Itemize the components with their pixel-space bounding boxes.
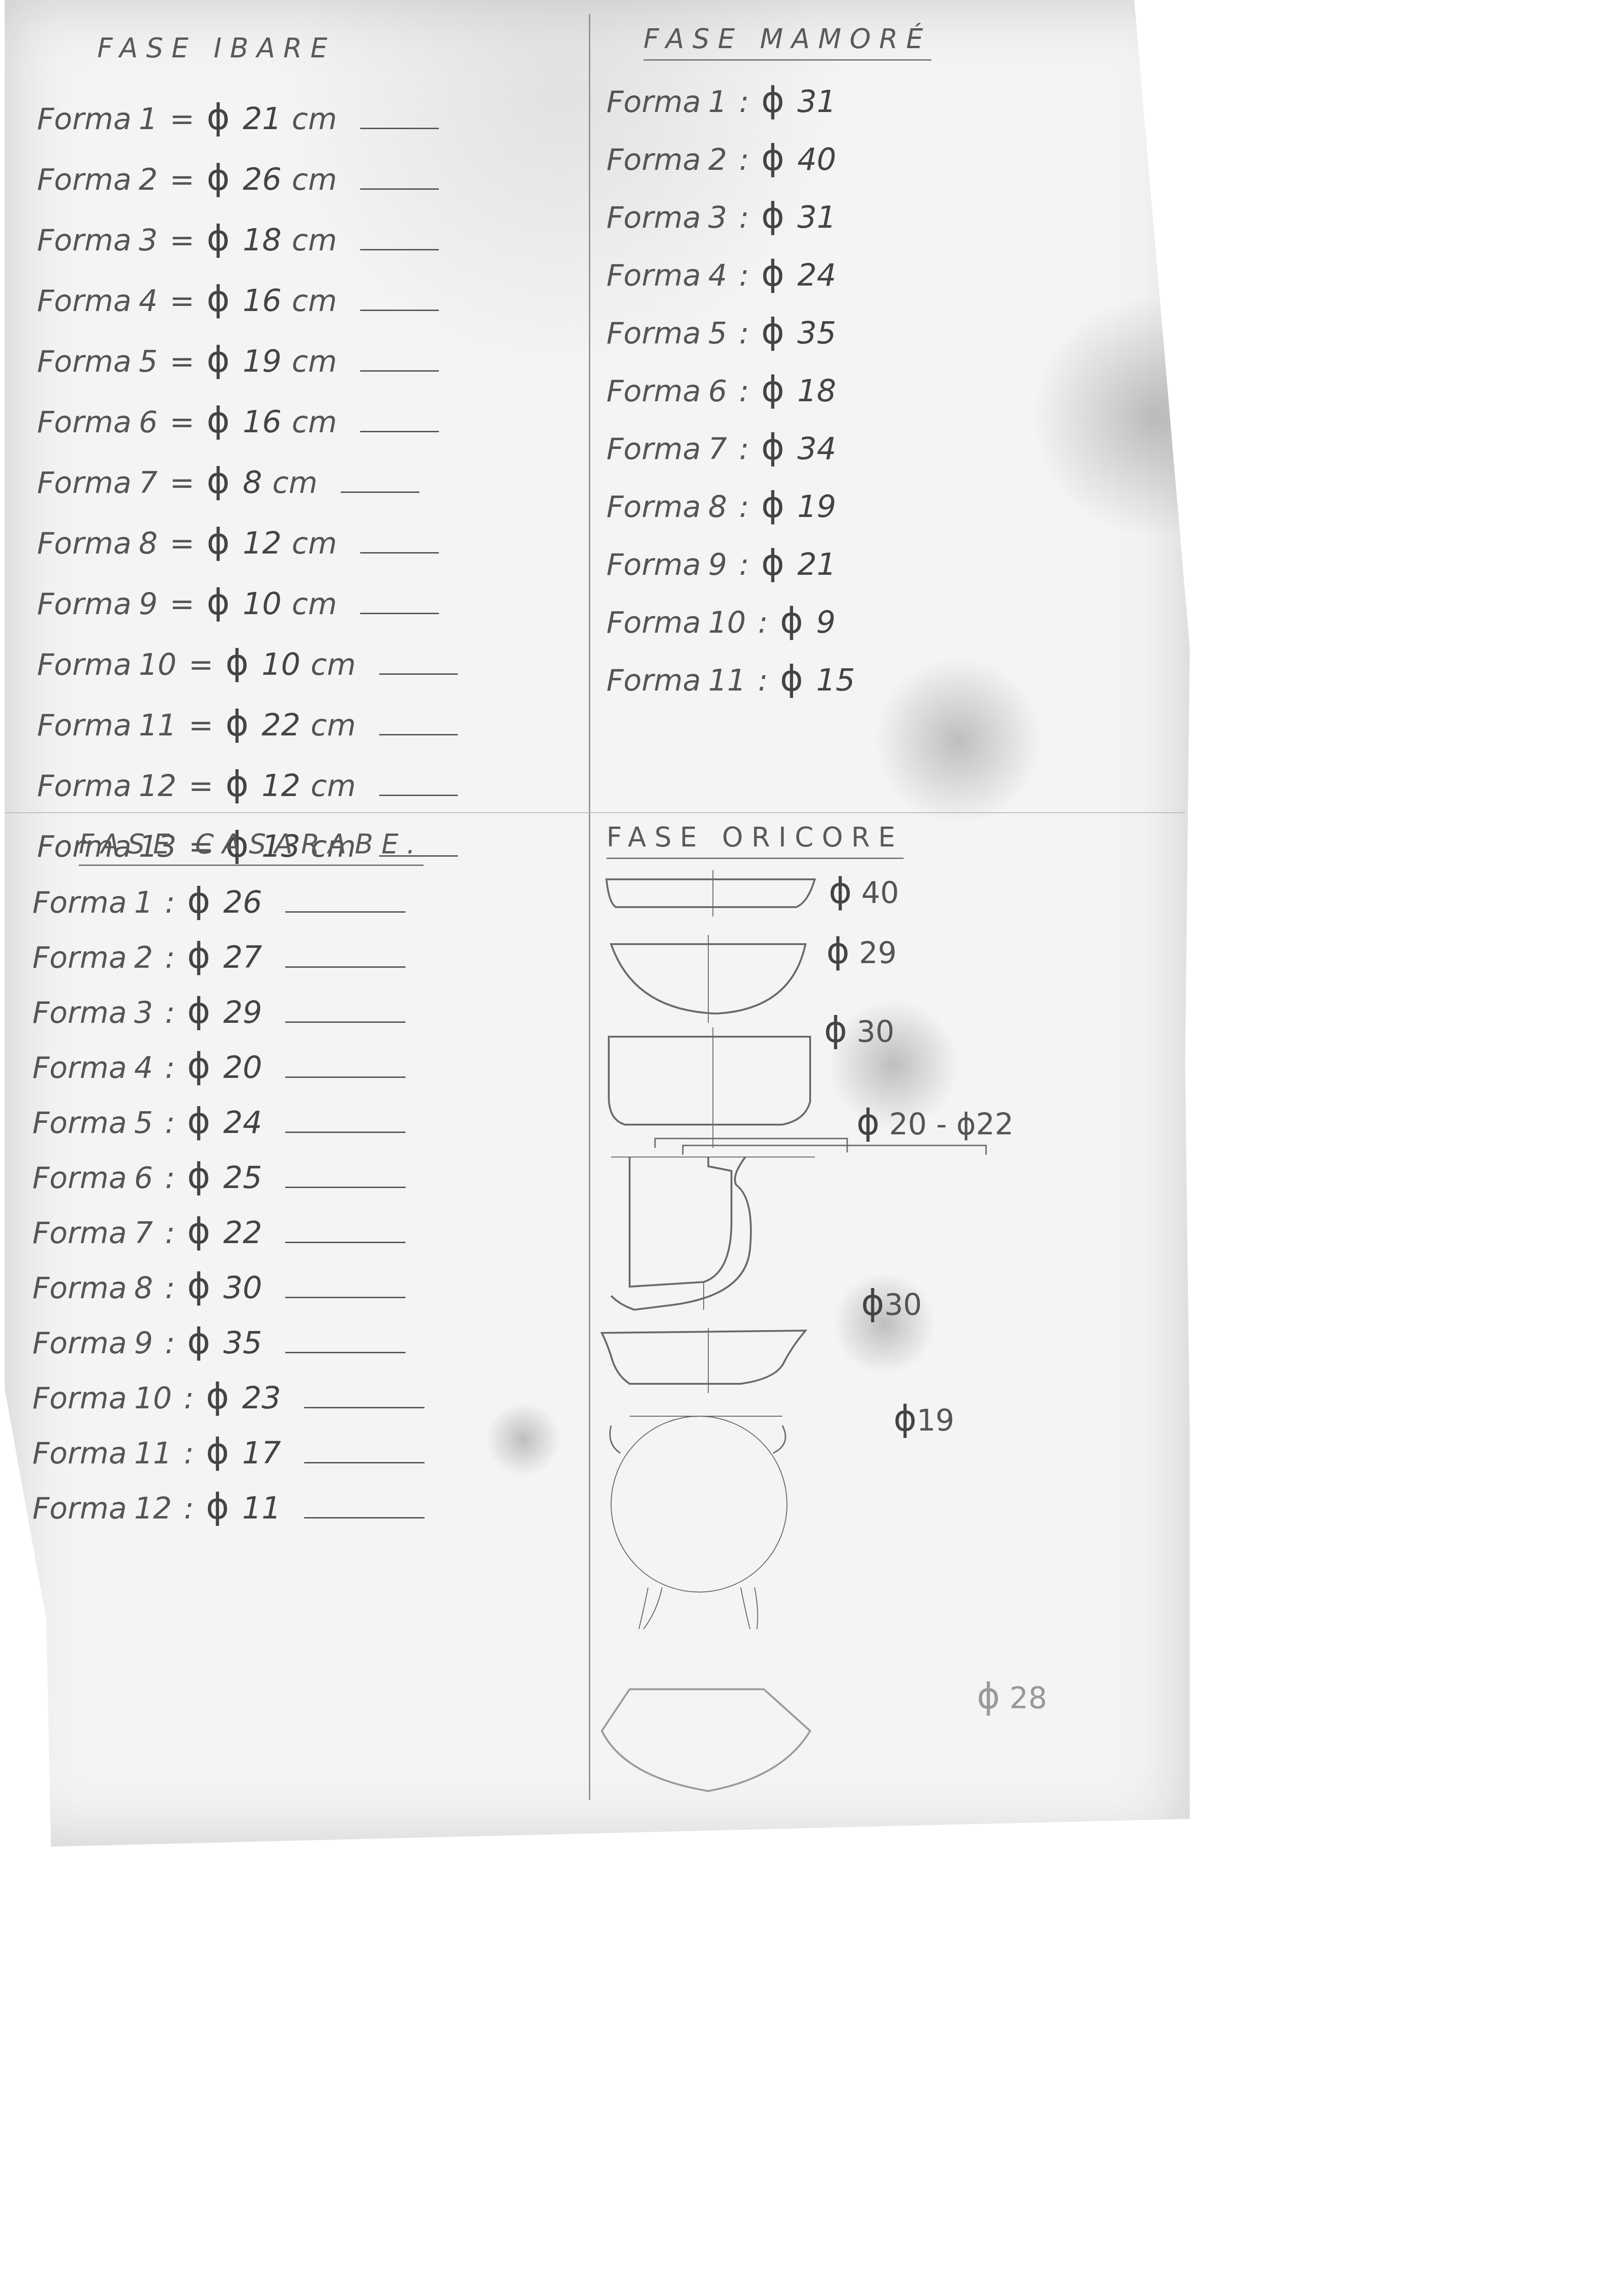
section-oricore: FASE ORICORE — [606, 821, 904, 859]
diameter-symbol: ϕ — [206, 1486, 229, 1527]
blank-line — [285, 966, 406, 968]
separator: : — [184, 1381, 194, 1416]
diameter-symbol: ϕ — [225, 763, 249, 804]
forma-row: Forma10=ϕ10cm — [37, 642, 458, 683]
separator: : — [165, 886, 175, 920]
diameter-value: 35 — [797, 315, 836, 351]
unit-label: cm — [292, 224, 337, 258]
forma-row: Forma8=ϕ12cm — [37, 521, 458, 562]
forma-row: Forma6=ϕ16cm — [37, 399, 458, 441]
forma-label: Forma — [606, 374, 701, 409]
separator: : — [739, 201, 750, 235]
diameter-value: 26 — [243, 162, 281, 197]
diameter-value: 19 — [797, 489, 836, 524]
separator: = — [170, 405, 195, 440]
blank-line — [285, 1296, 406, 1298]
diameter-value: 24 — [797, 257, 836, 293]
diameter-value: 22 — [223, 1215, 262, 1251]
forma-row: Forma6:ϕ18 — [606, 368, 931, 410]
forma-number: 5 — [134, 1106, 153, 1140]
section-ibare: FASE IBARE Forma1=ϕ21cmForma2=ϕ26cmForma… — [37, 32, 458, 884]
forma-row: Forma2:ϕ27 — [32, 935, 425, 976]
separator: = — [170, 224, 195, 258]
forma-number: 3 — [708, 201, 727, 235]
separator: = — [170, 345, 195, 379]
diameter-value: 30 — [223, 1270, 262, 1306]
diameter-value: 17 — [242, 1435, 281, 1471]
forma-number: 2 — [134, 941, 153, 975]
forma-row: Forma8:ϕ30 — [32, 1265, 425, 1307]
diameter-symbol: ϕ — [761, 311, 784, 352]
separator: = — [170, 163, 195, 197]
diameter-symbol: ϕ — [761, 542, 784, 583]
forma-row: Forma5:ϕ24 — [32, 1100, 425, 1141]
forma-row: Forma11=ϕ22cm — [37, 703, 458, 744]
forma-row: Forma4=ϕ16cm — [37, 278, 458, 319]
diameter-symbol: ϕ — [206, 521, 230, 562]
separator: : — [165, 1326, 175, 1361]
diameter-symbol: ϕ — [206, 96, 230, 137]
forma-label: Forma — [37, 527, 131, 561]
tripod-vessel-drawing — [610, 1416, 787, 1629]
forma-label: Forma — [606, 259, 701, 293]
diameter-symbol: ϕ — [206, 339, 230, 380]
forma-row: Forma3=ϕ18cm — [37, 218, 458, 259]
forma-number: 8 — [139, 527, 158, 561]
diameter-value: 11 — [242, 1490, 281, 1526]
separator: : — [739, 317, 750, 351]
blank-line — [285, 1131, 406, 1133]
forma-label: Forma — [606, 664, 701, 698]
separator: = — [170, 284, 195, 318]
forma-number: 6 — [139, 405, 158, 440]
diameter-symbol: ϕ — [761, 79, 784, 120]
forma-row: Forma9:ϕ35 — [32, 1320, 425, 1362]
blank-line — [360, 309, 439, 311]
blank-line — [360, 249, 439, 250]
blank-line — [360, 188, 439, 190]
forma-row: Forma5=ϕ19cm — [37, 339, 458, 380]
unit-label: cm — [311, 709, 356, 743]
restricted-jar-drawing — [611, 1139, 986, 1310]
unit-label: cm — [311, 648, 356, 682]
forma-row: Forma7=ϕ8cm — [37, 460, 458, 501]
unit-label: cm — [292, 163, 337, 197]
forma-list: Forma1:ϕ31Forma2:ϕ40Forma3:ϕ31Forma4:ϕ24… — [606, 79, 931, 699]
forma-number: 1 — [139, 102, 158, 137]
diameter-symbol: ϕ — [187, 1155, 210, 1196]
diameter-value: 34 — [797, 431, 836, 467]
separator: : — [165, 1106, 175, 1140]
diameter-symbol: ϕ — [187, 1265, 210, 1307]
vessel-diameter-label: ϕ 30 — [824, 1009, 894, 1050]
unit-label: cm — [292, 345, 337, 379]
forma-number: 2 — [708, 143, 727, 177]
forma-label: Forma — [32, 886, 127, 920]
section-title: FASE MAMORÉ — [643, 23, 931, 61]
forma-number: 10 — [134, 1381, 172, 1416]
forma-label: Forma — [606, 490, 701, 524]
diameter-value: 24 — [223, 1105, 262, 1140]
section-casarabe: FASE CASARABE. Forma1:ϕ26Forma2:ϕ27Forma… — [32, 828, 425, 1541]
forma-label: Forma — [32, 1216, 127, 1251]
diameter-value: 9 — [816, 604, 836, 640]
separator: : — [739, 85, 750, 119]
separator: : — [165, 1216, 175, 1251]
separator: = — [188, 769, 213, 803]
forma-number: 12 — [139, 769, 176, 803]
forma-row: Forma7:ϕ34 — [606, 426, 931, 467]
forma-row: Forma10:ϕ23 — [32, 1375, 425, 1417]
blank-line — [285, 1241, 406, 1243]
diameter-symbol: ϕ — [206, 1375, 229, 1417]
forma-number: 5 — [139, 345, 158, 379]
forma-row: Forma1:ϕ31 — [606, 79, 931, 120]
forma-label: Forma — [606, 317, 701, 351]
vessel-diameter-label: ϕ 28 — [977, 1675, 1047, 1717]
vessel-diameter-label: ϕ30 — [861, 1282, 922, 1323]
forma-label: Forma — [32, 1271, 127, 1306]
separator: : — [165, 941, 175, 975]
forma-number: 4 — [139, 284, 158, 318]
diameter-value: 21 — [243, 101, 281, 137]
forma-row: Forma4:ϕ24 — [606, 253, 931, 294]
diameter-symbol: ϕ — [225, 703, 249, 744]
forma-number: 11 — [139, 709, 176, 743]
forma-label: Forma — [37, 224, 131, 258]
forma-label: Forma — [606, 432, 701, 467]
diameter-symbol: ϕ — [206, 278, 230, 319]
forma-number: 6 — [134, 1161, 153, 1195]
unit-label: cm — [311, 769, 356, 803]
diameter-value: 21 — [797, 547, 836, 582]
separator: : — [739, 548, 750, 582]
blank-line — [360, 127, 439, 129]
hemispherical-bowl-drawing — [611, 935, 806, 1023]
straight-wall-bowl-drawing — [609, 1027, 810, 1148]
vessel-diameter-label: ϕ 20 - ϕ22 — [856, 1101, 1013, 1143]
forma-number: 3 — [139, 224, 158, 258]
blank-line — [304, 1462, 425, 1463]
blank-line — [285, 911, 406, 913]
blank-line — [304, 1406, 425, 1408]
vessel-diameter-label: ϕ 29 — [826, 930, 897, 971]
forma-row: Forma1=ϕ21cm — [37, 96, 458, 137]
forma-row: Forma10:ϕ9 — [606, 600, 931, 641]
diameter-symbol: ϕ — [206, 399, 230, 441]
diameter-value: 18 — [243, 222, 281, 258]
forma-number: 5 — [708, 317, 727, 351]
blank-line — [285, 1186, 406, 1188]
forma-label: Forma — [37, 163, 131, 197]
forma-number: 10 — [708, 606, 746, 640]
diameter-symbol: ϕ — [187, 990, 210, 1031]
diameter-symbol: ϕ — [761, 426, 784, 467]
carinated-bowl-drawing — [602, 1689, 810, 1791]
diameter-value: 16 — [243, 283, 281, 318]
forma-number: 7 — [134, 1216, 153, 1251]
forma-number: 4 — [134, 1051, 153, 1085]
blank-line — [285, 1076, 406, 1078]
forma-label: Forma — [32, 1161, 127, 1195]
diameter-symbol: ϕ — [206, 581, 230, 622]
forma-label: Forma — [37, 284, 131, 318]
diameter-value: 31 — [797, 84, 836, 119]
forma-list: Forma1:ϕ26Forma2:ϕ27Forma3:ϕ29Forma4:ϕ20… — [32, 880, 425, 1527]
forma-label: Forma — [606, 606, 701, 640]
vessel-diameter-label: ϕ19 — [893, 1398, 955, 1439]
diameter-value: 25 — [223, 1160, 262, 1195]
unit-label: cm — [292, 405, 337, 440]
unit-label: cm — [292, 527, 337, 561]
diameter-symbol: ϕ — [761, 484, 784, 525]
forma-row: Forma6:ϕ25 — [32, 1155, 425, 1196]
diameter-value: 10 — [243, 586, 281, 622]
vessel-diameter-label: ϕ 40 — [829, 870, 899, 911]
diameter-symbol: ϕ — [761, 368, 784, 410]
diameter-value: 16 — [243, 404, 281, 440]
separator: = — [170, 466, 195, 500]
separator: : — [165, 1051, 175, 1085]
forma-number: 11 — [134, 1437, 172, 1471]
diameter-value: 12 — [243, 525, 281, 561]
diameter-value: 15 — [816, 662, 855, 698]
forma-number: 3 — [134, 996, 153, 1030]
forma-row: Forma9=ϕ10cm — [37, 581, 458, 622]
blank-line — [379, 673, 458, 675]
forma-label: Forma — [32, 1106, 127, 1140]
forma-row: Forma8:ϕ19 — [606, 484, 931, 525]
forma-label: Forma — [606, 143, 701, 177]
diameter-symbol: ϕ — [187, 1210, 210, 1251]
forma-number: 1 — [134, 886, 153, 920]
forma-number: 12 — [134, 1492, 172, 1526]
blank-line — [341, 491, 419, 493]
section-title: FASE IBARE — [97, 32, 336, 68]
forma-row: Forma1:ϕ26 — [32, 880, 425, 921]
forma-row: Forma3:ϕ31 — [606, 195, 931, 236]
forma-label: Forma — [32, 1381, 127, 1416]
diameter-symbol: ϕ — [780, 658, 803, 699]
forma-row: Forma2=ϕ26cm — [37, 157, 458, 198]
separator: : — [184, 1437, 194, 1471]
forma-number: 7 — [139, 466, 158, 500]
diameter-value: 10 — [262, 647, 300, 682]
forma-number: 9 — [708, 548, 727, 582]
blank-line — [285, 1021, 406, 1023]
diameter-symbol: ϕ — [187, 1045, 210, 1086]
diameter-symbol: ϕ — [206, 1431, 229, 1472]
forma-list: Forma1=ϕ21cmForma2=ϕ26cmForma3=ϕ18cmForm… — [37, 96, 458, 865]
forma-row: Forma11:ϕ15 — [606, 658, 931, 699]
separator: : — [165, 996, 175, 1030]
flared-bowl-drawing — [602, 1328, 806, 1393]
blank-line — [360, 370, 439, 372]
paper-sheet: FASE IBARE Forma1=ϕ21cmForma2=ϕ26cmForma… — [5, 0, 1190, 1847]
blank-line — [304, 1517, 425, 1518]
diameter-value: 18 — [797, 373, 836, 409]
forma-label: Forma — [37, 709, 131, 743]
separator: : — [739, 143, 750, 177]
forma-number: 1 — [708, 85, 727, 119]
separator: = — [170, 587, 195, 622]
separator: : — [165, 1271, 175, 1306]
forma-label: Forma — [37, 587, 131, 622]
separator: : — [758, 664, 768, 698]
section-title: FASE ORICORE — [606, 821, 904, 859]
diameter-value: 29 — [223, 995, 262, 1030]
diameter-value: 20 — [223, 1050, 262, 1085]
diameter-symbol: ϕ — [187, 1100, 210, 1141]
diameter-value: 12 — [262, 768, 300, 803]
column-divider — [589, 14, 590, 1800]
separator: = — [188, 648, 213, 682]
section-mamore: FASE MAMORÉ Forma1:ϕ31Forma2:ϕ40Forma3:ϕ… — [606, 23, 931, 716]
diameter-value: 35 — [223, 1325, 262, 1361]
diameter-symbol: ϕ — [780, 600, 803, 641]
forma-label: Forma — [37, 345, 131, 379]
diameter-value: 23 — [242, 1380, 281, 1416]
forma-row: Forma2:ϕ40 — [606, 137, 931, 178]
shallow-plate-drawing — [606, 870, 815, 916]
diameter-value: 26 — [223, 884, 262, 920]
diameter-value: 27 — [223, 940, 262, 975]
forma-label: Forma — [32, 996, 127, 1030]
forma-row: Forma12:ϕ11 — [32, 1486, 425, 1527]
blank-line — [360, 430, 439, 432]
separator: : — [739, 432, 750, 467]
diameter-value: 22 — [262, 707, 300, 743]
forma-label: Forma — [606, 85, 701, 119]
blank-line — [379, 734, 458, 735]
forma-label: Forma — [606, 548, 701, 582]
diameter-symbol: ϕ — [206, 218, 230, 259]
blank-line — [360, 612, 439, 614]
diameter-symbol: ϕ — [187, 935, 210, 976]
forma-label: Forma — [32, 1326, 127, 1361]
forma-label: Forma — [37, 102, 131, 137]
forma-number: 2 — [139, 163, 158, 197]
diameter-symbol: ϕ — [225, 642, 249, 683]
separator: : — [184, 1492, 194, 1526]
forma-number: 4 — [708, 259, 727, 293]
diameter-symbol: ϕ — [761, 137, 784, 178]
forma-number: 11 — [708, 664, 746, 698]
forma-row: Forma5:ϕ35 — [606, 311, 931, 352]
forma-row: Forma7:ϕ22 — [32, 1210, 425, 1251]
separator: = — [188, 709, 213, 743]
unit-label: cm — [292, 284, 337, 318]
forma-label: Forma — [32, 1437, 127, 1471]
unit-label: cm — [292, 587, 337, 622]
forma-row: Forma11:ϕ17 — [32, 1431, 425, 1472]
diameter-symbol: ϕ — [187, 1320, 210, 1362]
separator: : — [739, 374, 750, 409]
blank-line — [285, 1351, 406, 1353]
separator: : — [739, 259, 750, 293]
forma-number: 9 — [134, 1326, 153, 1361]
diameter-symbol: ϕ — [761, 195, 784, 236]
separator: : — [758, 606, 768, 640]
diameter-symbol: ϕ — [187, 880, 210, 921]
forma-row: Forma4:ϕ20 — [32, 1045, 425, 1086]
section-title: FASE CASARABE. — [79, 828, 424, 866]
forma-row: Forma12=ϕ12cm — [37, 763, 458, 804]
forma-number: 8 — [708, 490, 727, 524]
forma-label: Forma — [37, 769, 131, 803]
diameter-symbol: ϕ — [761, 253, 784, 294]
forma-number: 9 — [139, 587, 158, 622]
separator: = — [170, 527, 195, 561]
forma-number: 7 — [708, 432, 727, 467]
separator: : — [165, 1161, 175, 1195]
forma-label: Forma — [606, 201, 701, 235]
forma-number: 10 — [139, 648, 176, 682]
forma-label: Forma — [32, 941, 127, 975]
forma-label: Forma — [37, 405, 131, 440]
diameter-symbol: ϕ — [206, 460, 230, 501]
blank-line — [360, 552, 439, 554]
unit-label: cm — [272, 466, 318, 500]
diameter-value: 8 — [243, 465, 262, 500]
diameter-symbol: ϕ — [206, 157, 230, 198]
forma-number: 8 — [134, 1271, 153, 1306]
forma-label: Forma — [32, 1492, 127, 1526]
blank-line — [379, 794, 458, 796]
separator: = — [170, 102, 195, 137]
diameter-value: 40 — [797, 142, 836, 177]
unit-label: cm — [292, 102, 337, 137]
forma-label: Forma — [37, 648, 131, 682]
diameter-value: 31 — [797, 199, 836, 235]
forma-number: 6 — [708, 374, 727, 409]
forma-row: Forma3:ϕ29 — [32, 990, 425, 1031]
diameter-value: 19 — [243, 343, 281, 379]
forma-label: Forma — [37, 466, 131, 500]
forma-row: Forma9:ϕ21 — [606, 542, 931, 583]
separator: : — [739, 490, 750, 524]
forma-label: Forma — [32, 1051, 127, 1085]
